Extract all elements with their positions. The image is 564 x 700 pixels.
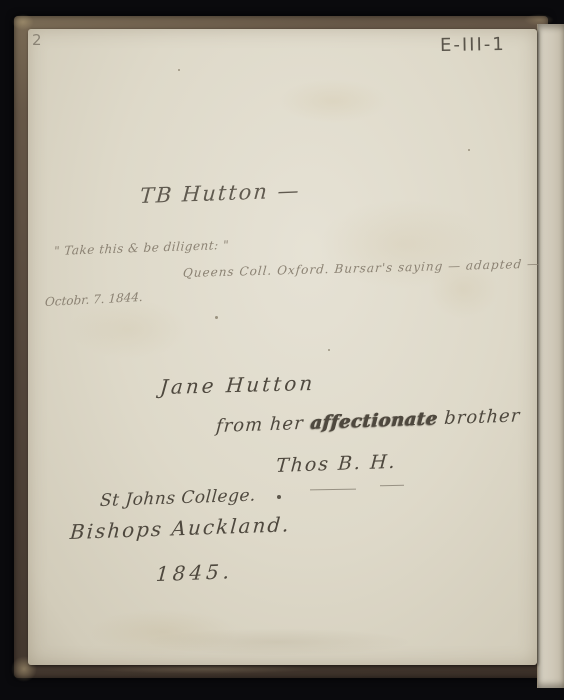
- foxing-stain: [68, 299, 188, 359]
- ink-dot: [277, 495, 281, 499]
- place-college: St Johns College.: [99, 486, 256, 512]
- dedication-blotted-word: affectionate: [310, 408, 439, 434]
- foxing-stain: [148, 629, 408, 655]
- motto-date: Octobr. 7. 1844.: [45, 290, 144, 309]
- ink-speck: [468, 149, 470, 151]
- owner-signature: TB Hutton —: [139, 178, 301, 208]
- book-page-edges: [537, 24, 564, 688]
- foxing-stain: [88, 609, 238, 655]
- foxing-stain: [278, 79, 388, 123]
- pencil-page-number: 2: [32, 31, 42, 49]
- dedication-signature: Thos B. H.: [275, 451, 397, 477]
- inscription-year: 1845.: [155, 559, 234, 586]
- scanned-manuscript: { "scan": { "description": "Scanned insi…: [0, 0, 564, 700]
- motto-source: Queens Coll. Oxford. Bursar's saying — a…: [182, 257, 540, 280]
- motto-quote: " Take this & be diligent: ": [54, 238, 230, 258]
- signature-underline: [380, 485, 404, 486]
- pencil-reference-code: E-III-1: [440, 34, 506, 56]
- ink-speck: [178, 69, 180, 71]
- dedication-from-text: from her: [215, 413, 311, 437]
- place-town: Bishops Auckland.: [69, 512, 291, 544]
- cover-wear-edge: [94, 664, 314, 674]
- cover-wear-corner: [12, 14, 34, 30]
- manuscript-page: 2 E-III-1 TB Hutton — " Take this & be d…: [28, 29, 537, 665]
- signature-underline: [310, 489, 356, 491]
- dedication-recipient: Jane Hutton: [159, 371, 316, 399]
- dedication-line: from her affectionate brother: [215, 405, 521, 437]
- ink-speck: [328, 349, 330, 351]
- dedication-from-text: brother: [437, 405, 521, 429]
- ink-speck: [215, 316, 218, 319]
